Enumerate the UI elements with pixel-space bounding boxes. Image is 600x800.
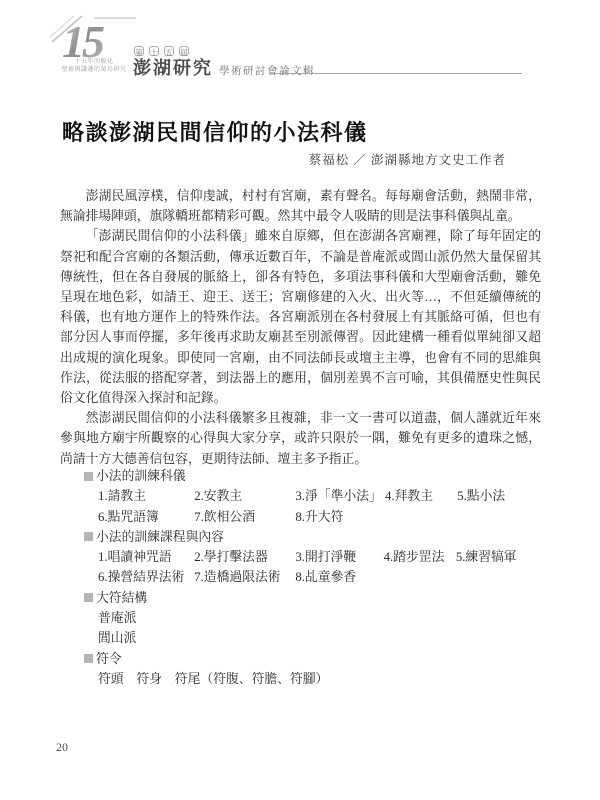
paragraph-1: 澎湖民風淳樸，信仰虔誠，村村有宮廟，素有聲名。每每廟會活動，熱鬧非常，無論排場陣… bbox=[60, 186, 541, 226]
proceedings-header: 15 十五年的蛻化 堅毅與謙遜的菊島研究 第 十 五 屆 澎湖研究學術研討會論文… bbox=[48, 12, 552, 86]
scanned-paper-page: 15 十五年的蛻化 堅毅與謙遜的菊島研究 第 十 五 屆 澎湖研究學術研討會論文… bbox=[0, 0, 600, 800]
square-bullet-icon bbox=[84, 593, 93, 602]
square-bullet-icon bbox=[84, 654, 93, 663]
outline-item: 2.學打擊法器 bbox=[194, 547, 292, 567]
logo-tagline-2: 堅毅與謙遜的菊島研究 bbox=[46, 66, 142, 74]
logo-numeral: 15 bbox=[62, 16, 104, 64]
header-rule bbox=[270, 73, 522, 74]
outline-item: 7.造橋過限法術 bbox=[194, 567, 292, 587]
outline-row: 1.請教主 2.安教主 3.淨「準小法」 4.拜教主 5.點小法 bbox=[98, 486, 541, 506]
outline-line: 閭山派 bbox=[98, 628, 541, 648]
outline-item: 8.乩童參香 bbox=[295, 567, 380, 587]
outline-item: 6.點咒語簿 bbox=[98, 507, 191, 527]
outline-item: 5.點小法 bbox=[457, 486, 505, 506]
outline-item: 6.操營結界法術 bbox=[98, 567, 191, 587]
outline-item: 3.開打淨鞭 bbox=[295, 547, 380, 567]
edition-badge: 第 十 五 屆 bbox=[134, 42, 190, 54]
anniversary-15-logo-icon: 15 bbox=[48, 12, 140, 64]
outline-section-title: 大符結構 bbox=[84, 588, 541, 608]
paragraph-2: 「澎湖民間信仰的小法科儀」雖來自原鄉，但在澎湖各宮廟裡，除了每年固定的祭祀和配合… bbox=[60, 226, 541, 408]
square-bullet-icon bbox=[84, 472, 93, 481]
outline-item: 4.踏步罡法 bbox=[384, 547, 453, 567]
outline-item: 7.飲相公酒 bbox=[194, 507, 292, 527]
paragraph-3: 然澎湖民間信仰的小法科儀繁多且複雜，非一文一書可以道盡，個人謹就近年來參與地方廟… bbox=[60, 408, 541, 469]
outline-row: 6.點咒語簿 7.飲相公酒 8.升大符 bbox=[98, 507, 541, 527]
section-title-text: 小法的訓練課程與內容 bbox=[96, 530, 224, 544]
outline-row: 1.唱讀神咒語 2.學打擊法器 3.開打淨鞭 4.踏步罡法 5.練習犒軍 bbox=[98, 547, 541, 567]
section-title-text: 大符結構 bbox=[96, 591, 147, 605]
outline-item: 1.請教主 bbox=[98, 486, 191, 506]
series-title: 澎湖研究 bbox=[133, 58, 213, 78]
outline-section-title: 符令 bbox=[84, 649, 541, 669]
section-title-text: 小法的訓練科儀 bbox=[96, 469, 186, 483]
outline-item: 4.拜教主 bbox=[385, 486, 454, 506]
outline-item: 1.唱讀神咒語 bbox=[98, 547, 191, 567]
series-subtitle: 學術研討會論文輯 bbox=[219, 66, 315, 77]
outline-item: 5.練習犒軍 bbox=[456, 547, 517, 567]
logo-tagline-1: 十五年的蛻化 bbox=[46, 58, 142, 66]
section-title-text: 符令 bbox=[96, 652, 122, 666]
author-line: 蔡福松 ／ 澎湖縣地方文史工作者 bbox=[60, 150, 506, 168]
article-body: 澎湖民風淳樸，信仰虔誠，村村有宮廟，素有聲名。每每廟會活動，熱鬧非常，無論排場陣… bbox=[60, 186, 541, 469]
outline-item: 3.淨「準小法」 bbox=[295, 486, 381, 506]
outline-section-title: 小法的訓練課程與內容 bbox=[84, 527, 541, 547]
outline-section-title: 小法的訓練科儀 bbox=[84, 466, 541, 486]
square-bullet-icon bbox=[84, 532, 93, 541]
outline-line: 普庵派 bbox=[98, 608, 541, 628]
outline-line: 符頭 符身 符尾（符腹、符膽、符腳） bbox=[98, 669, 541, 689]
outline-list: 小法的訓練科儀 1.請教主 2.安教主 3.淨「準小法」 4.拜教主 5.點小法… bbox=[60, 466, 541, 689]
series-line: 澎湖研究學術研討會論文輯 bbox=[133, 54, 315, 80]
page-title: 略談澎湖民間信仰的小法科儀 bbox=[62, 116, 368, 147]
outline-row: 6.操營結界法術 7.造橋過限法術 8.乩童參香 bbox=[98, 567, 541, 587]
page-number: 20 bbox=[56, 740, 68, 755]
outline-item: 8.升大符 bbox=[295, 507, 380, 527]
logo-taglines: 十五年的蛻化 堅毅與謙遜的菊島研究 bbox=[46, 58, 142, 74]
outline-item: 2.安教主 bbox=[194, 486, 292, 506]
